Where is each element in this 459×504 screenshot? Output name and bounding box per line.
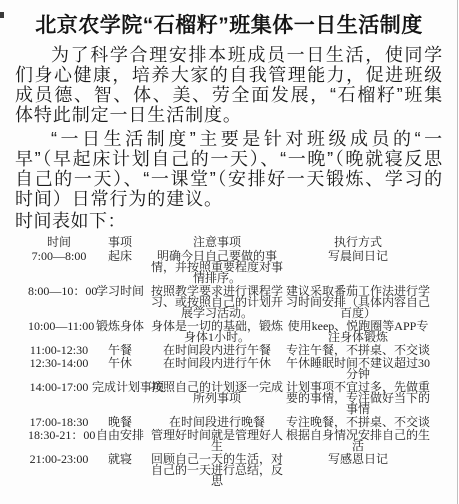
cell-method: 午休睡眠时间不建议超过30分钟 bbox=[285, 358, 431, 382]
scan-artifact bbox=[0, 12, 4, 18]
table-row: 7:00—8:00 起床 明确今日自己要做的事情，并按照重要程度对事情排序。 写… bbox=[27, 251, 431, 286]
cell-notes: 在时间段内进行午休 bbox=[149, 358, 285, 382]
cell-notes: 按照教学要求进行课程学习、或按照自己的计划开展学习活动。 bbox=[149, 286, 285, 321]
cell-method: 使用keep、悦跑圈等APP专注身体锻炼 bbox=[285, 321, 431, 345]
cell-item: 就寝 bbox=[91, 454, 149, 489]
cell-item: 锻炼身体 bbox=[91, 321, 149, 345]
cell-notes: 回顾自己一天的生活，对自己的一天进行总结，反思 bbox=[149, 454, 285, 489]
cell-method: 写感恩日记 bbox=[285, 454, 431, 489]
cell-method: 建议采取番茄工作法进行学习时间安排（具体内容自己百度） bbox=[285, 286, 431, 321]
cell-time: 18:30-21：00 bbox=[27, 430, 91, 454]
purpose-paragraph: 为了科学合理安排本班成员一日生活，使同学们身心健康，培养大家的自我管理能力，促进… bbox=[15, 45, 443, 125]
table-row: 8:00—10：00 学习时间 按照教学要求进行课程学习、或按照自己的计划开展学… bbox=[27, 286, 431, 321]
table-row: 12:30-14:00 午休 在时间段内进行午休 午休睡眠时间不建议超过30分钟 bbox=[27, 358, 431, 382]
cell-notes: 管理好时间就是管理好人生 bbox=[149, 430, 285, 454]
cell-item: 午休 bbox=[91, 358, 149, 382]
page-title: 北京农学院“石榴籽”班集体一日生活制度 bbox=[15, 14, 443, 38]
cell-item: 完成计划事项 bbox=[91, 382, 149, 417]
cell-time: 8:00—10：00 bbox=[27, 286, 91, 321]
cell-time: 21:00-23:00 bbox=[27, 454, 91, 489]
cell-notes: 按照自己的计划逐一完成所列事项 bbox=[149, 382, 285, 417]
cell-notes: 明确今日自己要做的事情，并按照重要程度对事情排序。 bbox=[149, 251, 285, 286]
cell-time: 7:00—8:00 bbox=[27, 251, 91, 286]
cell-item: 自由安排 bbox=[91, 430, 149, 454]
table-row: 21:00-23:00 就寝 回顾自己一天的生活，对自己的一天进行总结，反思 写… bbox=[27, 454, 431, 489]
cell-method: 计划事项不宜过多，先做重要的事情，专注做好当下的事情 bbox=[285, 382, 431, 417]
cell-time: 12:30-14:00 bbox=[27, 358, 91, 382]
cell-time: 14:00-17:00 bbox=[27, 382, 91, 417]
cell-notes: 身体是一切的基础，锻炼身体1小时。 bbox=[149, 321, 285, 345]
cell-item: 学习时间 bbox=[91, 286, 149, 321]
table-row: 14:00-17:00 完成计划事项 按照自己的计划逐一完成所列事项 计划事项不… bbox=[27, 382, 431, 417]
explanation-paragraph: “一日生活制度”主要是针对班级成员的“一早”（早起床计划自己的一天）、“一晚”（… bbox=[15, 129, 443, 209]
daily-schedule-table: 时间 事项 注意事项 执行方式 7:00—8:00 起床 明确今日自己要做的事情… bbox=[27, 237, 431, 489]
cell-method: 根据自身情况安排自己的生活 bbox=[285, 430, 431, 454]
cell-item: 起床 bbox=[91, 251, 149, 286]
table-intro-label: 时间表如下： bbox=[15, 211, 443, 231]
document-page: 北京农学院“石榴籽”班集体一日生活制度 为了科学合理安排本班成员一日生活，使同学… bbox=[0, 0, 458, 504]
cell-time: 10:00—11:00 bbox=[27, 321, 91, 345]
cell-method: 写晨间日记 bbox=[285, 251, 431, 286]
table-row: 10:00—11:00 锻炼身体 身体是一切的基础，锻炼身体1小时。 使用kee… bbox=[27, 321, 431, 345]
document-content: 北京农学院“石榴籽”班集体一日生活制度 为了科学合理安排本班成员一日生活，使同学… bbox=[0, 0, 457, 489]
table-row: 18:30-21：00 自由安排 管理好时间就是管理好人生 根据自身情况安排自己… bbox=[27, 430, 431, 454]
